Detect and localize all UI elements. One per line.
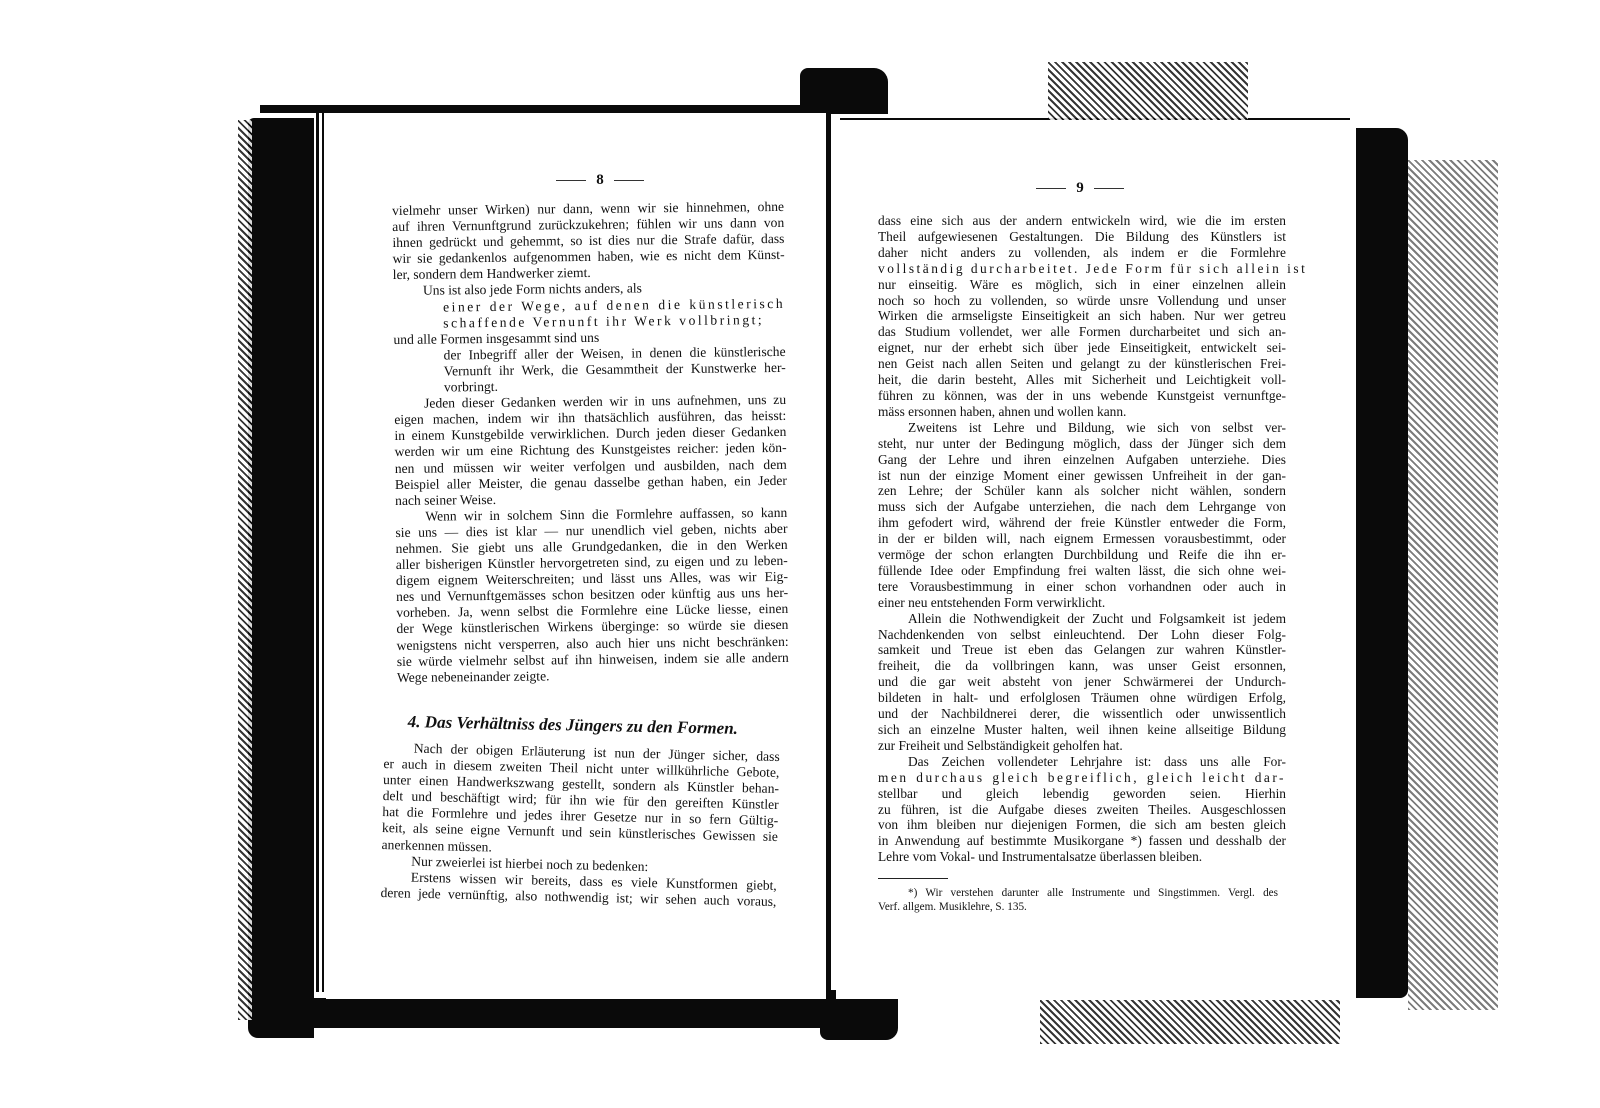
text-line: sich an einzelne Muster halten, weil ihn… (878, 722, 1286, 738)
left-section-text: Nach der obigen Erläuterung ist nun der … (380, 740, 780, 910)
text-line: freiheit, die da vollbringen kann, was u… (878, 658, 1286, 674)
text-line: Gang der Lehre und ihren einzelnen Aufga… (878, 452, 1286, 468)
emphasized-line: vollständig durcharbeitet. Jede Form für… (878, 261, 1286, 277)
text-line: vermöge der schon erlangten Durchbildung… (878, 547, 1286, 563)
text-line: muss sich der Aufgabe unterziehen, die n… (878, 499, 1286, 515)
text-line: zen Lehre; der Schüler kann als solcher … (878, 483, 1286, 499)
text-line: und die gar weit absteht von jener Schwä… (878, 674, 1286, 690)
bottom-right-smudge (1040, 1000, 1340, 1044)
top-right-smudge (1048, 62, 1248, 120)
text-line: eignet, nur der erhebt sich über jede Ei… (878, 340, 1286, 356)
left-page-number: 8 (540, 172, 660, 189)
text-line: zu führen, ist die Aufgabe dieses zweite… (878, 802, 1286, 818)
text-line: ihm gefodert wird, während der freie Kün… (878, 515, 1286, 531)
emphasized-line: men durchaus gleich begreiflich, gleich … (878, 770, 1286, 786)
text-line: Allein die Nothwendigkeit der Zucht und … (878, 611, 1286, 627)
text-line: von ihm bleiben nur diejenigen Formen, d… (878, 817, 1286, 833)
text-line: noch so hoch zu vollenden, so würde unsr… (878, 293, 1286, 309)
right-page-number: 9 (1020, 180, 1140, 197)
left-edge-noise (238, 120, 252, 1020)
text-line: ist nun der einzige Moment einer gewisse… (878, 468, 1286, 484)
text-line: tere Vorausbestimmung in einer schon vor… (878, 579, 1286, 595)
text-line: samkeit und Treue ist eben das Gelangen … (878, 642, 1286, 658)
left-binding-shadow (248, 118, 314, 1038)
footnote-line: *) Wir verstehen darunter alle Instrumen… (878, 886, 1278, 900)
text-line: Das Zeichen vollendeter Lehrjahre ist: d… (878, 754, 1286, 770)
text-line: stellbar und gleich lebendig geworden se… (878, 786, 1286, 802)
footnote-rule (878, 878, 948, 879)
right-edge-shadow (1356, 128, 1408, 998)
text-line: mäss ersonnen haben, ahnen und wollen ka… (878, 404, 1286, 420)
gutter-tab-top (800, 68, 888, 114)
text-line: Lehre vom Vokal- und Instrumentalsatze ü… (878, 849, 1286, 865)
footnote-line: Verf. allgem. Musiklehre, S. 135. (878, 900, 1278, 914)
text-line: einer neu entstehenden Form verwirklicht… (878, 595, 1286, 611)
text-line: zur Freiheit und Selbständigkeit geholfe… (878, 738, 1286, 754)
text-line: Nachdenkenden von selbst einleuchtend. D… (878, 627, 1286, 643)
right-edge-noise (1408, 160, 1498, 1010)
text-line: in Anwendung auf bestimmte Musikorgane *… (878, 833, 1286, 849)
left-body-text: vielmehr unser Wirken) nur dann, wenn wi… (392, 199, 789, 686)
text-line: daher nicht anders zu vollenden, als ind… (878, 245, 1286, 261)
bottom-edge-left (255, 998, 845, 1028)
text-line: Wirken die armseligste Einseitigkeit an … (878, 308, 1286, 324)
text-line: nen Geist nach allen Seiten und gelangt … (878, 356, 1286, 372)
text-line: füllende Idee oder Empfindung frei walte… (878, 563, 1286, 579)
text-line: nur einseitig. Wäre es möglich, sich in … (878, 277, 1286, 293)
text-line: bildeten in halt- und erfolglosen Träume… (878, 690, 1286, 706)
text-line: heit, die darin besteht, Alles mit Siche… (878, 372, 1286, 388)
text-line: Zweitens ist Lehre und Bildung, wie sich… (878, 420, 1286, 436)
text-line: führen zu können, was der in uns webende… (878, 388, 1286, 404)
gutter-line (826, 110, 831, 995)
top-edge (260, 105, 840, 113)
text-line: in der er bilden will, nach eignem Ermes… (878, 531, 1286, 547)
text-line: steht, nur unter der Bedingung möglich, … (878, 436, 1286, 452)
text-line: das Studium vollendet, wer alle Formen d… (878, 324, 1286, 340)
left-page-stack-line-2 (322, 112, 324, 992)
left-page-stack-line (316, 112, 319, 992)
text-line: dass eine sich aus der andern entwickeln… (878, 213, 1286, 229)
footnote: *) Wir verstehen darunter alle Instrumen… (878, 886, 1278, 914)
right-body-text: dass eine sich aus der andern entwickeln… (878, 213, 1286, 865)
text-line: und der Nachbildnerei derer, die wissent… (878, 706, 1286, 722)
text-line: Theil aufgewiesenen Gestaltungen. Die Bi… (878, 229, 1286, 245)
